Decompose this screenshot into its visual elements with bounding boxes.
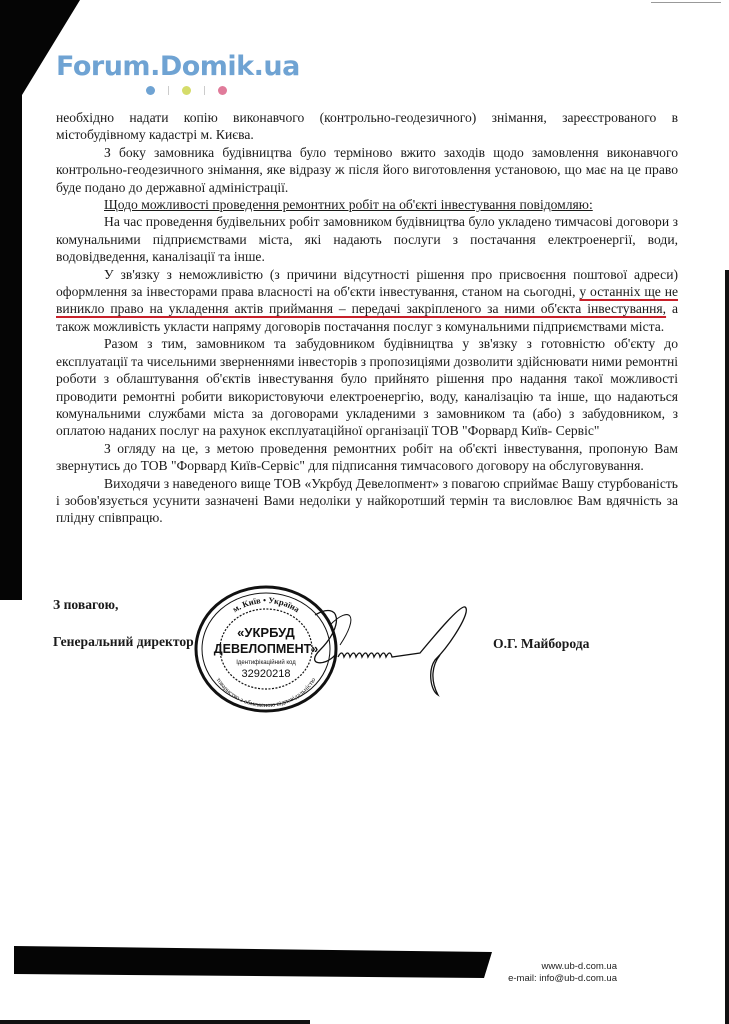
paragraph-repairs: Разом з тим, замовником та забудовником … [56,335,678,439]
paragraph-contracts: На час проведення будівельних робіт замо… [56,213,678,265]
pink-dot-icon [218,86,227,95]
paragraph-proposal: З огляду на це, з метою проведення ремон… [56,440,678,475]
footer-contacts: www.ub-d.com.ua e-mail: info@ub-d.com.ua [508,961,617,985]
blue-dot-icon [146,86,155,95]
section-heading: Щодо можливості проведення ремонтних роб… [56,196,678,213]
svg-text:Ідентифікаційний код: Ідентифікаційний код [236,659,296,666]
closing-regards: З повагою, [53,597,118,613]
logo-dots [146,86,300,95]
paragraph-measures: З боку замовника будівництва було термін… [56,144,678,196]
paragraph-gratitude: Виходячи з наведеного вище ТОВ «Укрбуд Д… [56,475,678,527]
green-dot-icon [182,86,191,95]
footer-website-link[interactable]: www.ub-d.com.ua [508,961,617,973]
scan-edge-bottom [0,1020,310,1024]
footer-black-band [14,946,492,978]
footer-email-link[interactable]: e-mail: info@ub-d.com.ua [508,973,617,985]
handwritten-signature-icon [300,595,480,705]
paragraph-copy-requirement: необхідно надати копію виконавчого (конт… [56,109,678,144]
heading-text: Щодо можливості проведення ремонтних роб… [104,197,593,212]
logo-text: Forum.Domik.ua [56,52,300,82]
svg-text:«УКРБУД: «УКРБУД [237,625,295,640]
letter-body: необхідно надати копію виконавчого (конт… [56,109,678,527]
scan-edge-shadow-right [725,270,729,1024]
scan-edge-mark [651,2,721,3]
paragraph-ownership: У зв'язку з неможливістю (з причини відс… [56,266,678,336]
watermark-logo: Forum.Domik.ua [56,52,300,95]
signer-name: О.Г. Майборода [493,636,589,652]
svg-text:32920218: 32920218 [242,668,291,680]
signer-position: Генеральний директор [53,634,194,650]
